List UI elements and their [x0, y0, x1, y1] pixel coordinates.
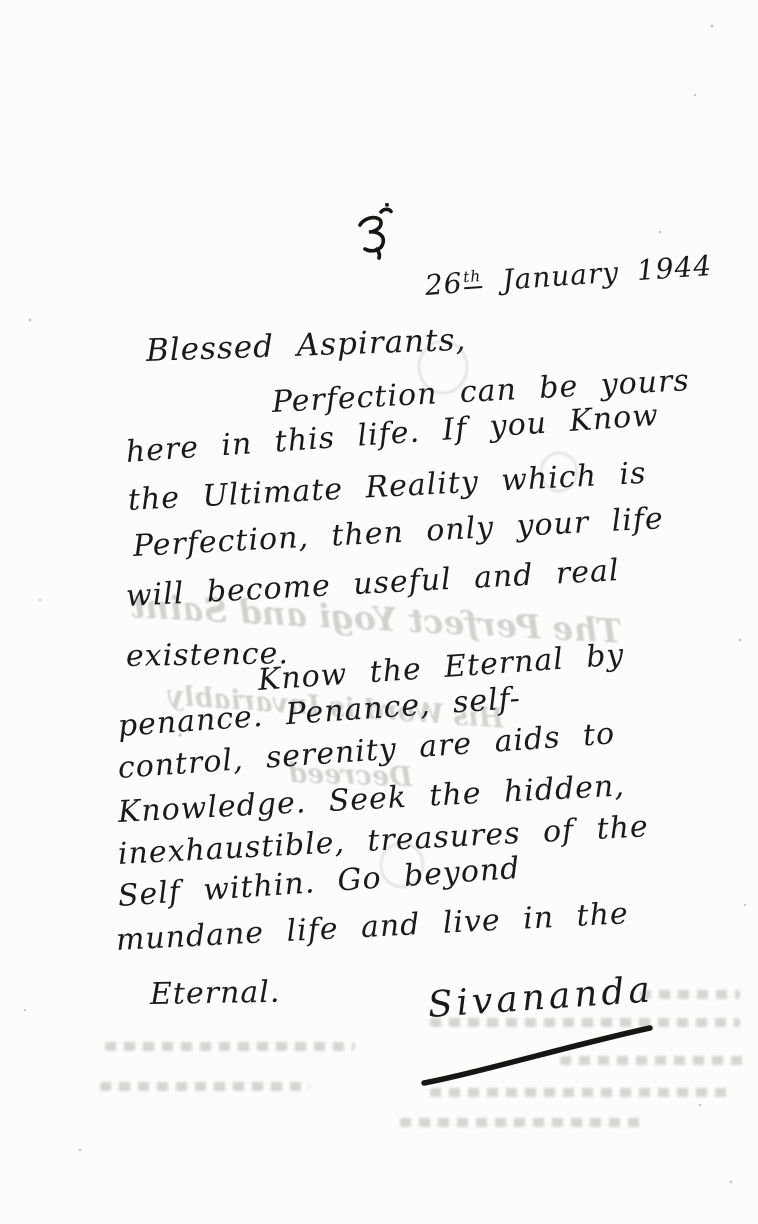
date-ordinal-suffix: th: [462, 267, 482, 289]
signature-underline: [416, 1020, 660, 1096]
om-symbol-icon: [350, 203, 398, 265]
body-line: Eternal.: [150, 978, 281, 1010]
date-day: 26: [424, 266, 464, 302]
letter-page: The Perfect Yogi and Saint His Word is I…: [0, 0, 758, 1224]
